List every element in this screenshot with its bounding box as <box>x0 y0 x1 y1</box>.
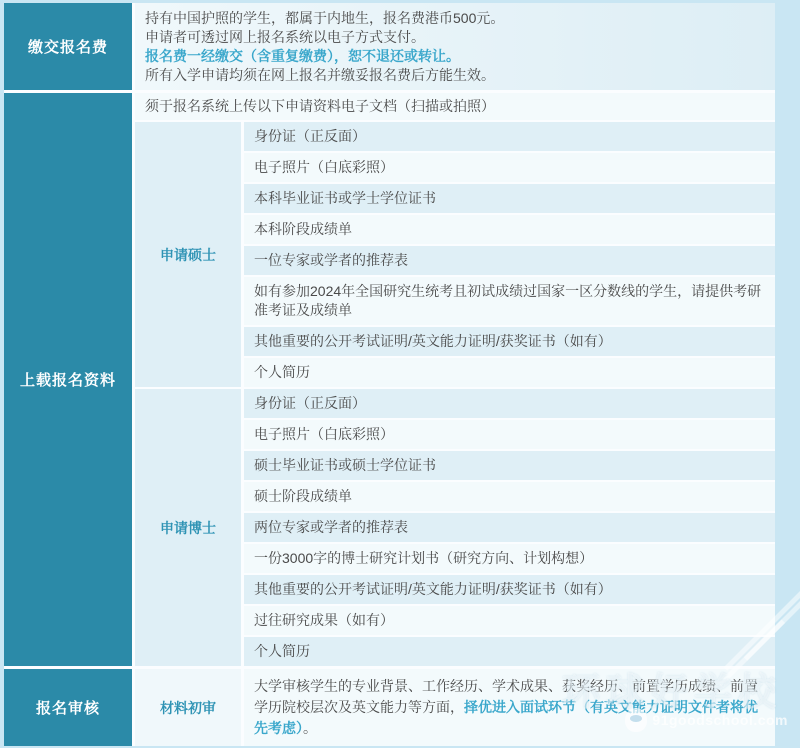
review-row-label: 报名审核 <box>4 669 132 746</box>
fee-row: 缴交报名费 持有中国护照的学生，都属于内地生，报名费港币500元。 申请者可透过… <box>4 3 775 90</box>
upload-item-row: 本科毕业证书或学士学位证书 <box>244 184 775 213</box>
review-text-end: 。 <box>303 720 317 736</box>
phd-items-list: 身份证（正反面）电子照片（白底彩照）硕士毕业证书或硕士学位证书硕士阶段成绩单两位… <box>244 389 775 666</box>
upload-row-label: 上载报名资料 <box>4 93 132 666</box>
fee-row-label: 缴交报名费 <box>4 3 132 90</box>
upload-item-row: 两位专家或学者的推荐表 <box>244 513 775 542</box>
upload-item-row: 电子照片（白底彩照） <box>244 153 775 182</box>
upload-item-row: 电子照片（白底彩照） <box>244 420 775 449</box>
phd-group: 申请博士 身份证（正反面）电子照片（白底彩照）硕士毕业证书或硕士学位证书硕士阶段… <box>135 389 775 666</box>
upload-item-row: 身份证（正反面） <box>244 389 775 418</box>
upload-item-row: 本科阶段成绩单 <box>244 215 775 244</box>
fee-line-3-highlight: 报名费一经缴交（含重复缴费），恕不退还或转让。 <box>145 47 767 66</box>
upload-header: 须于报名系统上传以下申请资料电子文档（扫描或拍照） <box>135 93 775 120</box>
upload-item-row: 硕士毕业证书或硕士学位证书 <box>244 451 775 480</box>
master-group: 申请硕士 身份证（正反面）电子照片（白底彩照）本科毕业证书或学士学位证书本科阶段… <box>135 122 775 387</box>
upload-item-row: 一位专家或学者的推荐表 <box>244 246 775 275</box>
master-group-label: 申请硕士 <box>135 122 241 387</box>
upload-item-row: 硕士阶段成绩单 <box>244 482 775 511</box>
upload-item-row: 一份3000字的博士研究计划书（研究方向、计划构想） <box>244 544 775 573</box>
fee-line-1: 持有中国护照的学生，都属于内地生，报名费港币500元。 <box>145 9 767 28</box>
upload-row-content: 须于报名系统上传以下申请资料电子文档（扫描或拍照） 申请硕士 身份证（正反面）电… <box>135 93 775 666</box>
admission-info-page: 缴交报名费 持有中国护照的学生，都属于内地生，报名费港币500元。 申请者可透过… <box>0 0 800 748</box>
fee-line-2: 申请者可透过网上报名系统以电子方式支付。 <box>145 28 767 47</box>
phd-group-label: 申请博士 <box>135 389 241 666</box>
upload-item-row: 其他重要的公开考试证明/英文能力证明/获奖证书（如有） <box>244 327 775 356</box>
upload-item-row: 身份证（正反面） <box>244 122 775 151</box>
review-sublabel: 材料初审 <box>135 669 241 746</box>
upload-item-row: 个人简历 <box>244 637 775 666</box>
master-items-list: 身份证（正反面）电子照片（白底彩照）本科毕业证书或学士学位证书本科阶段成绩单一位… <box>244 122 775 387</box>
review-row: 报名审核 材料初审 大学审核学生的专业背景、工作经历、学术成果、获奖经历、前置学… <box>4 669 775 746</box>
fee-line-4: 所有入学申请均须在网上报名并缴妥报名费后方能生效。 <box>145 66 767 85</box>
fee-row-content: 持有中国护照的学生，都属于内地生，报名费港币500元。 申请者可透过网上报名系统… <box>135 3 775 90</box>
admission-requirements-table: 缴交报名费 持有中国护照的学生，都属于内地生，报名费港币500元。 申请者可透过… <box>4 3 775 746</box>
upload-item-row: 个人简历 <box>244 358 775 387</box>
upload-item-row: 其他重要的公开考试证明/英文能力证明/获奖证书（如有） <box>244 575 775 604</box>
upload-item-row: 如有参加2024年全国研究生统考且初试成绩过国家一区分数线的学生，请提供考研准考… <box>244 277 775 325</box>
upload-item-row: 过往研究成果（如有） <box>244 606 775 635</box>
upload-row: 上载报名资料 须于报名系统上传以下申请资料电子文档（扫描或拍照） 申请硕士 身份… <box>4 93 775 666</box>
review-row-content: 大学审核学生的专业背景、工作经历、学术成果、获奖经历、前置学历成绩、前置学历院校… <box>244 669 775 746</box>
